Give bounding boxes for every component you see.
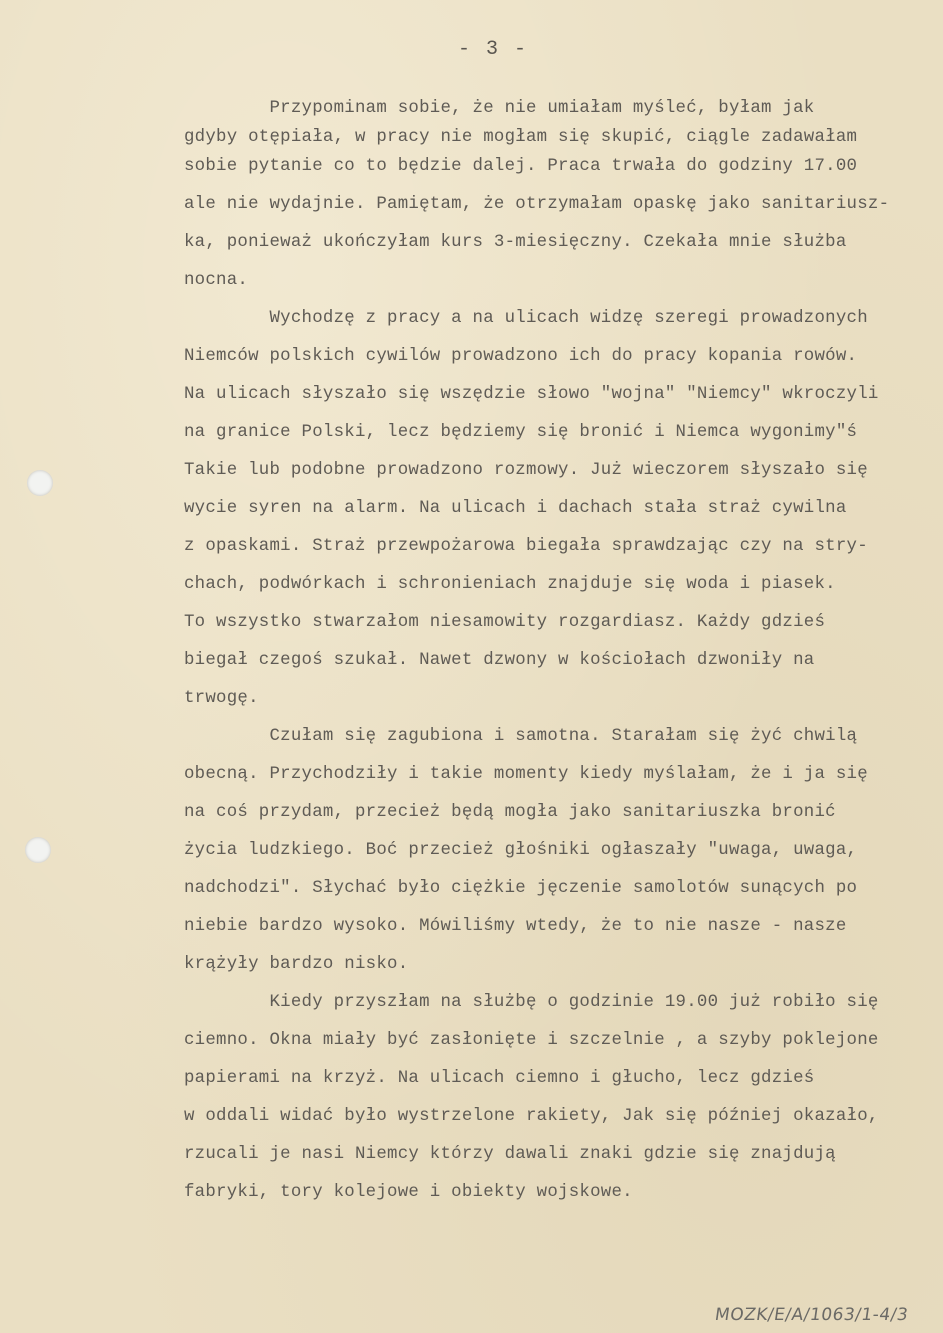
text-line: na granice Polski, lecz będziemy się bro… bbox=[184, 423, 857, 443]
text-line: To wszystko stwarzałom niesamowity rozga… bbox=[184, 613, 825, 633]
text-line: Czułam się zagubiona i samotna. Starałam… bbox=[184, 727, 857, 747]
text-line: z opaskami. Straż przewpożarowa biegała … bbox=[184, 537, 868, 557]
text-line: papierami na krzyż. Na ulicach ciemno i … bbox=[184, 1069, 814, 1089]
text-line: Takie lub podobne prowadzono rozmowy. Ju… bbox=[184, 461, 868, 481]
text-line: ka, ponieważ ukończyłam kurs 3-miesięczn… bbox=[184, 233, 847, 253]
text-line: nadchodzi". Słychać było ciężkie jęczeni… bbox=[184, 879, 857, 899]
text-line: trwogę. bbox=[184, 689, 259, 709]
punch-hole-top bbox=[27, 470, 53, 496]
archive-signature: MOZK/E/A/1063/1-4/3 bbox=[714, 1305, 910, 1325]
text-line: nocna. bbox=[184, 271, 248, 291]
text-line: ciemno. Okna miały być zasłonięte i szcz… bbox=[184, 1031, 879, 1051]
text-line: w oddali widać było wystrzelone rakiety,… bbox=[184, 1107, 879, 1127]
text-line: biegał czegoś szukał. Nawet dzwony w koś… bbox=[184, 651, 814, 671]
text-line: Wychodzę z pracy a na ulicach widzę szer… bbox=[184, 309, 868, 329]
punch-hole-bottom bbox=[25, 837, 51, 863]
text-line: chach, podwórkach i schronieniach znajdu… bbox=[184, 575, 836, 595]
text-line: wycie syren na alarm. Na ulicach i dacha… bbox=[184, 499, 847, 519]
text-line: gdyby otępiała, w pracy nie mogłam się s… bbox=[184, 128, 857, 148]
text-line: krążyły bardzo nisko. bbox=[184, 955, 408, 975]
text-line: rzucali je nasi Niemcy którzy dawali zna… bbox=[184, 1145, 836, 1165]
text-line: niebie bardzo wysoko. Mówiliśmy wtedy, ż… bbox=[184, 917, 847, 937]
page-number: - 3 - bbox=[0, 38, 943, 61]
text-line: obecną. Przychodziły i takie momenty kie… bbox=[184, 765, 868, 785]
text-line: na coś przydam, przecież będą mogła jako… bbox=[184, 803, 836, 823]
text-line: życia ludzkiego. Boć przecież głośniki o… bbox=[184, 841, 857, 861]
text-line: Przypominam sobie, że nie umiałam myśleć… bbox=[184, 99, 814, 119]
text-line: Niemców polskich cywilów prowadzono ich … bbox=[184, 347, 857, 367]
text-line: Na ulicach słyszało się wszędzie słowo "… bbox=[184, 385, 879, 405]
text-line: Kiedy przyszłam na służbę o godzinie 19.… bbox=[184, 993, 879, 1013]
text-line: ale nie wydajnie. Pamiętam, że otrzymała… bbox=[184, 195, 889, 215]
text-line: fabryki, tory kolejowe i obiekty wojskow… bbox=[184, 1183, 633, 1203]
text-line: sobie pytanie co to będzie dalej. Praca … bbox=[184, 157, 857, 177]
